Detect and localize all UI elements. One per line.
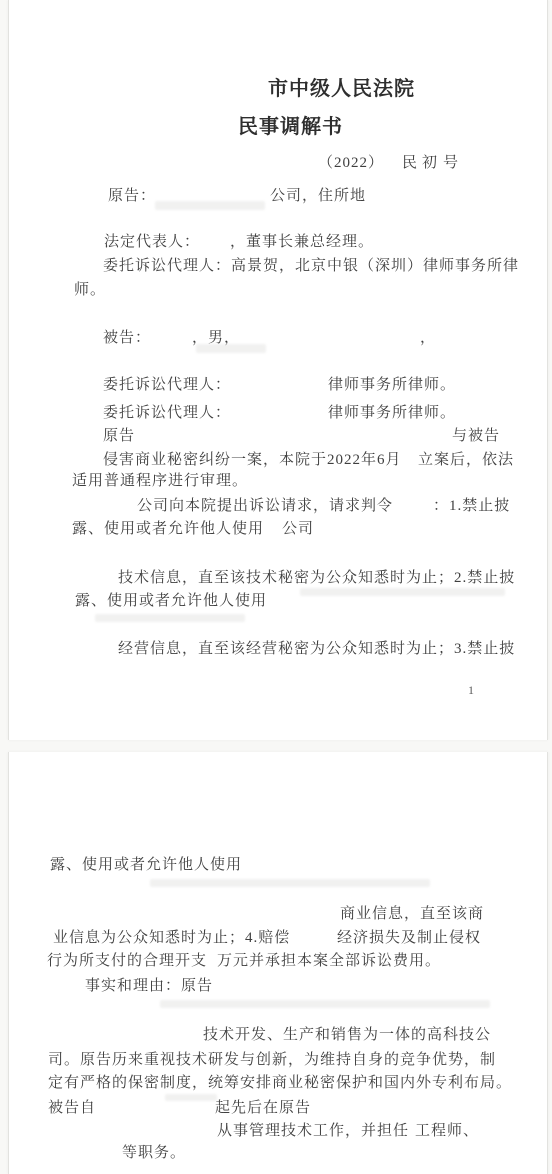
court-title: 市中级人民法院 bbox=[268, 78, 415, 100]
text-line: 律师事务所律师。 bbox=[328, 377, 456, 394]
text-line: 被告自 bbox=[48, 1100, 96, 1117]
text-line: 委托诉讼代理人：高景贺，北京中银（深圳）律师事务所律 bbox=[103, 258, 519, 275]
text-line: 适用普通程序进行审理。 bbox=[72, 473, 248, 490]
text-line: 技术开发、生产和销售为一体的高科技公 bbox=[203, 1027, 491, 1044]
text-line: 工程师、 bbox=[415, 1123, 479, 1140]
text-line: 与被告 bbox=[452, 428, 500, 445]
text-line: 定有严格的保密制度，统筹安排商业秘密保护和国内外专利布局。 bbox=[48, 1075, 512, 1092]
redaction-smudge bbox=[160, 1000, 490, 1008]
document-type-title: 民事调解书 bbox=[238, 116, 343, 138]
text-line: 侵害商业秘密纠纷一案，本院于2022年6月 bbox=[103, 452, 402, 469]
text-line: 起先后在原告 bbox=[215, 1100, 311, 1117]
redaction-smudge bbox=[165, 1094, 217, 1101]
redaction-smudge bbox=[300, 588, 505, 596]
text-line: 露、使用或者允许他人使用 bbox=[75, 593, 267, 610]
text-line: 经济损失及制止侵权 bbox=[337, 930, 481, 947]
text-line: 行为所支付的合理开支 bbox=[47, 953, 207, 970]
text-line: ，董事长兼总经理。 bbox=[230, 234, 374, 251]
page-number: 1 bbox=[468, 683, 474, 698]
text-line: ：1.禁止披 bbox=[433, 498, 510, 515]
text-line: 委托诉讼代理人： bbox=[103, 377, 231, 394]
text-line: 原告 bbox=[103, 428, 135, 445]
redaction-smudge bbox=[150, 879, 430, 887]
page-1 bbox=[8, 0, 548, 740]
case-number-year: （2022） bbox=[318, 155, 384, 172]
text-line: 公司 bbox=[282, 521, 314, 538]
text-line: 公司，住所地 bbox=[270, 188, 366, 205]
redaction-smudge bbox=[95, 614, 245, 622]
text-line: 万元并承担本案全部诉讼费用。 bbox=[217, 953, 441, 970]
text-line: 司。原告历来重视技术研发与创新，为维持自身的竞争优势，制 bbox=[48, 1052, 496, 1069]
text-line: 立案后，依法 bbox=[418, 452, 514, 469]
redaction-smudge bbox=[155, 201, 265, 210]
text-line: 商业信息，直至该商 bbox=[340, 906, 484, 923]
text-line: 从事管理技术工作，并担任 bbox=[217, 1123, 409, 1140]
text-line: 律师事务所律师。 bbox=[328, 405, 456, 422]
text-line: 露、使用或者允许他人使用 bbox=[72, 521, 264, 538]
text-line: 露、使用或者允许他人使用 bbox=[50, 857, 242, 874]
text-line: 经营信息，直至该经营秘密为公众知悉时为止；3.禁止披 bbox=[118, 641, 515, 658]
text-line: 公司向本院提出诉讼请求，请求判令 bbox=[137, 498, 393, 515]
case-number-court-code: 民初 bbox=[402, 155, 442, 172]
text-line: 业信息为公众知悉时为止；4.赔偿 bbox=[53, 930, 290, 947]
redaction-smudge bbox=[196, 344, 266, 353]
text-line: 师。 bbox=[74, 282, 106, 299]
document-scan: 市中级人民法院 民事调解书 （2022） 民初 号 1 原告：公司，住所地法定代… bbox=[0, 0, 552, 1174]
text-line: 被告： bbox=[103, 330, 151, 347]
text-line: 原告： bbox=[108, 188, 156, 205]
text-line: 技术信息，直至该技术秘密为公众知悉时为止；2.禁止披 bbox=[118, 570, 515, 587]
text-line: 事实和理由：原告 bbox=[85, 978, 213, 995]
text-line: 法定代表人： bbox=[104, 234, 200, 251]
text-line: 等职务。 bbox=[122, 1145, 186, 1162]
case-number-suffix: 号 bbox=[443, 155, 459, 172]
text-line: 委托诉讼代理人： bbox=[103, 405, 231, 422]
text-line: ， bbox=[420, 330, 436, 347]
